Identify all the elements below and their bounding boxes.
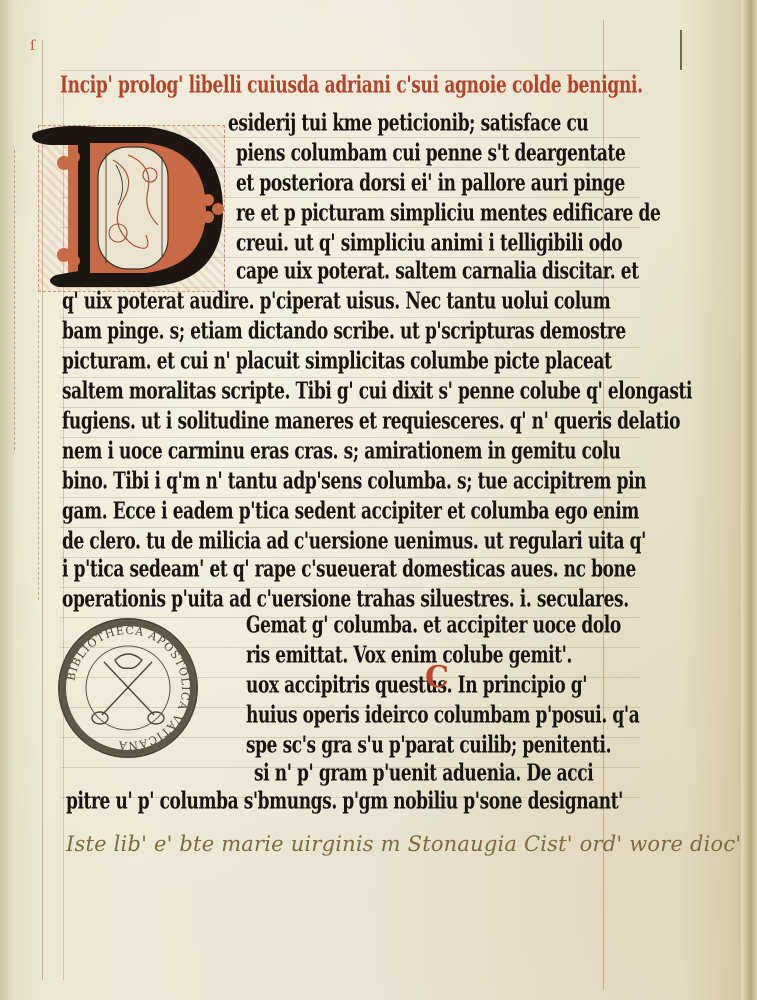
marginal-flourish xyxy=(14,150,29,450)
text-line: de clero. tu de milicia ad c'uersione ue… xyxy=(62,528,646,555)
binding-gutter xyxy=(0,0,14,1000)
illuminated-initial xyxy=(28,105,228,290)
text-line: gam. Ecce i eadem p'tica sedent accipite… xyxy=(62,498,639,525)
text-line: Gemat g' columba. et accipiter uoce dolo xyxy=(246,612,621,639)
text-line: saltem moralitas scripte. Tibi g' cui di… xyxy=(62,378,692,405)
marginal-flourish xyxy=(38,300,47,600)
marginal-flourish: ſ xyxy=(30,38,35,54)
ownership-inscription: Iste lib' e' bte marie uirginis m Stonau… xyxy=(66,832,741,856)
text-line: q' uix poterat audire. p'ciperat uisus. … xyxy=(62,288,610,315)
page-edge xyxy=(741,0,757,1000)
red-paraph-mark: C xyxy=(425,660,449,695)
initial-d-icon xyxy=(28,105,228,290)
text-line: piens columbam cui penne s't deargentate xyxy=(236,140,625,167)
text-line: i p'tica sedeam' et q' rape c'sueuerat d… xyxy=(62,556,636,583)
text-line: bino. Tibi i q'm n' tantu adp'sens colum… xyxy=(62,468,646,495)
text-line: bam pinge. s; etiam dictando scribe. ut … xyxy=(62,318,626,345)
library-stamp: BIBLIOTHECA APOSTOLICA VATICANA xyxy=(58,618,198,758)
text-line: re et p picturam simpliciu mentes edific… xyxy=(236,200,660,227)
ruling-line-outer xyxy=(680,30,682,70)
text-line: spe sc's gra s'u p'parat cuilib; peniten… xyxy=(246,732,611,759)
text-line: et posteriora dorsi ei' in pallore auri … xyxy=(236,170,625,197)
text-line: si n' p' gram p'uenit aduenia. De acci xyxy=(254,760,593,787)
text-line: picturam. et cui n' placuit simplicitas … xyxy=(62,348,612,375)
text-line: cape uix poterat. saltem carnalia discit… xyxy=(236,258,639,285)
text-line: uox accipitris questus. In principio g' xyxy=(246,672,587,699)
ruling-line xyxy=(60,70,640,71)
text-line: huius operis ideirco columbam p'posui. q… xyxy=(246,702,639,729)
text-line: operationis p'uita ad c'uersione trahas … xyxy=(62,586,629,613)
text-line: pitre u' p' columba s'bmungs. p'gm nobil… xyxy=(66,788,623,815)
rubric-heading: Incip' prolog' libelli cuiusda adriani c… xyxy=(60,72,650,99)
text-line: nem i uoce carminu eras cras. s; amirati… xyxy=(62,438,621,465)
text-line: ris emittat. Vox enim colube gemit'. xyxy=(246,642,572,669)
text-line: creui. ut q' simpliciu animi i telligibi… xyxy=(236,230,622,257)
crossed-keys-icon: BIBLIOTHECA APOSTOLICA VATICANA xyxy=(60,620,196,756)
text-line: fugiens. ut i solitudine maneres et requ… xyxy=(62,408,680,435)
text-line: esiderij tui kme peticionib; satisface c… xyxy=(228,110,588,137)
